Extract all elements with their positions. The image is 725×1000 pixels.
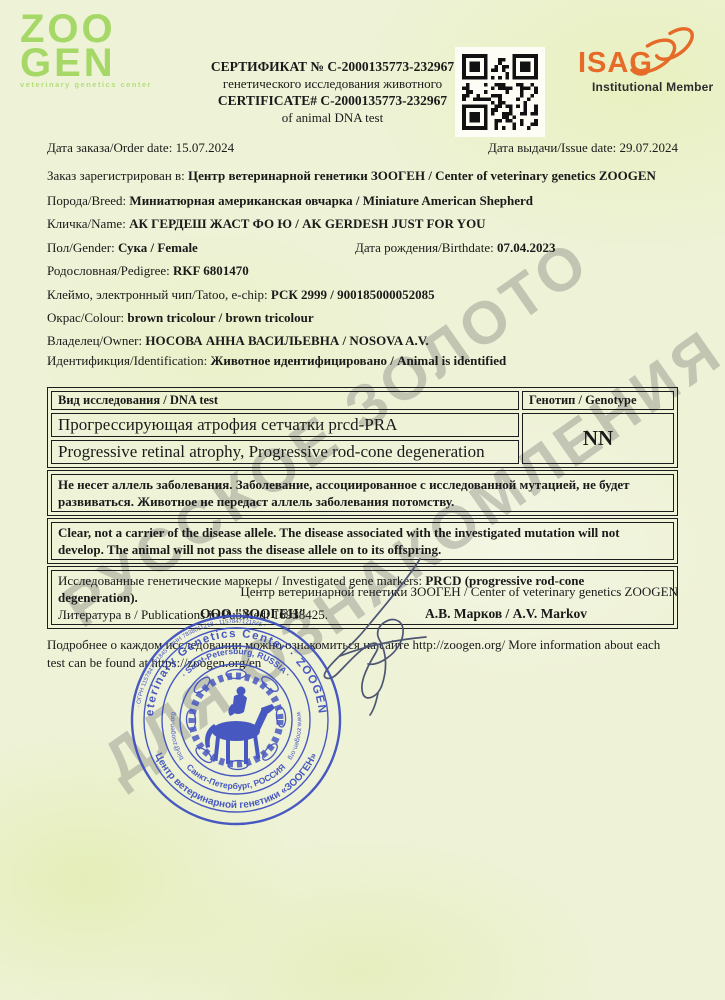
test-name-en: Progressive retinal atrophy, Progressive… — [51, 440, 519, 464]
field-colour: Окрас/Colour: brown tricolour / brown tr… — [47, 310, 314, 326]
result-ru-box: Не несет аллель заболевания. Заболевание… — [47, 470, 678, 516]
dates-row: Дата заказа/Order date: 15.07.2024 Дата … — [47, 140, 678, 156]
field-tatoo-chip: Клеймо, электронный чип/Tatoo, e-chip: Р… — [47, 287, 435, 303]
order-date: Дата заказа/Order date: 15.07.2024 — [47, 140, 234, 155]
field-name: Кличка/Name: АК ГЕРДЕШ ЖАСТ ФО Ю / AK GE… — [47, 216, 486, 232]
isag-subtitle: Institutional Member — [592, 80, 718, 94]
zoogen-logo-tagline: veterinary genetics center — [20, 80, 152, 90]
genotype-col-header: Генотип / Genotype — [522, 391, 674, 410]
signature — [318, 553, 468, 718]
certificate-number-ru: СЕРТИФИКАТ № С-2000135773-232967 — [205, 58, 460, 75]
isag-logo: ISAG Institutional Member — [578, 26, 718, 94]
certificate-number-en: CERTIFICATE# C-2000135773-232967 — [205, 92, 460, 109]
field-birthdate: Дата рождения/Birthdate: 07.04.2023 — [355, 240, 555, 256]
result-interpretation-ru: Не несет аллель заболевания. Заболевание… — [51, 474, 674, 512]
field-owner: Владелец/Owner: НОСОВА АННА ВАСИЛЬЕВНА /… — [47, 333, 429, 349]
field-registered: Заказ зарегистрирован в: Центр ветеринар… — [47, 168, 656, 184]
zoogen-logo: ZOO GEN veterinary genetics center — [20, 12, 152, 90]
test-name-ru: Прогрессирующая атрофия сетчатки prcd-PR… — [51, 413, 519, 437]
field-identification: Идентификция/Identification: Животное ид… — [47, 353, 506, 369]
stamp-seal: · ОГРН 1157847121845 · ИНН 7838011218 · … — [128, 612, 344, 828]
qr-code — [455, 47, 545, 137]
field-pedigree: Родословная/Pedigree: RKF 6801470 — [47, 263, 249, 279]
svg-text:www.zoogen.org: www.zoogen.org — [286, 710, 303, 761]
zoogen-logo-line2: GEN — [20, 46, 152, 80]
genotype-value: NN — [522, 413, 674, 464]
certificate-header: СЕРТИФИКАТ № С-2000135773-232967 генетич… — [205, 58, 460, 126]
certificate-subtitle-en: of animal DNA test — [205, 109, 460, 126]
isag-swirl-icon — [622, 24, 712, 82]
issue-date: Дата выдачи/Issue date: 29.07.2024 — [488, 140, 678, 156]
field-gender: Пол/Gender: Сука / Female Дата рождения/… — [47, 240, 678, 256]
dna-test-col-header: Вид исследования / DNA test — [51, 391, 519, 410]
field-breed: Порода/Breed: Миниатюрная американская о… — [47, 193, 533, 209]
dna-test-table: Вид исследования / DNA test Генотип / Ge… — [47, 387, 678, 468]
certificate-subtitle-ru: генетического исследования животного — [205, 75, 460, 92]
certificate-page: РУССКОЕ ЗОЛОТО ДЛЯ ОЗНАКОМЛЕНИЯ ZOO GEN … — [0, 0, 725, 1000]
stamp-website-text: www.zoogen.org — [286, 710, 303, 761]
